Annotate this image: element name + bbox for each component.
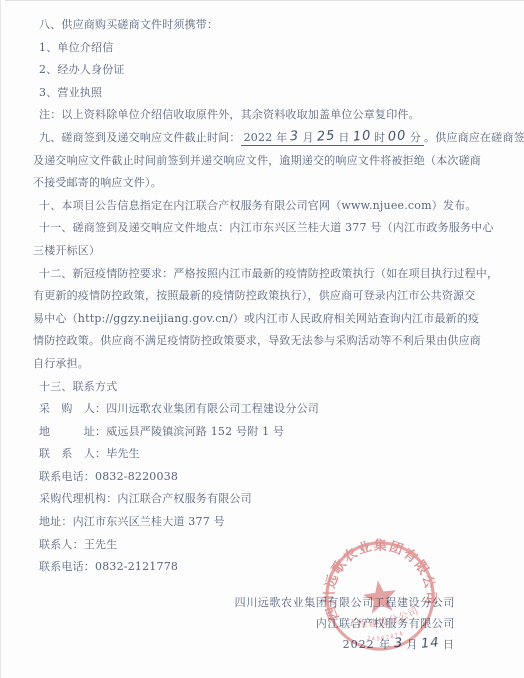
section13-heading: 十三、联系方式 [33,376,496,399]
purchaser-phone-value: 0832-8220038 [95,470,178,483]
company-seal-stamp: 四川远歌农业集团有限公司 工程建设分公司 24502874 [321,537,439,655]
seal-banner-text: 工程建设分公司 [344,604,422,634]
seal-code-digits: 24502874 [366,630,406,644]
deadline-day-handwritten: 25 [316,125,336,149]
section9-line-2: 及递交响应文件截止时间前签到并递交响应文件，逾期递交的响应文件将被拒绝（本次磋商 [33,150,496,173]
purchaser-phone-line: 联系电话：0832-8220038 [33,466,496,489]
purchaser-phone-label: 联系电话： [39,470,95,483]
agency-contact-label: 联系人： [39,538,84,551]
agency-line: 采购代理机构：内江联合产权服务有限公司 [33,488,496,511]
deadline-day-unit: 日 [338,131,349,144]
scan-artifact-top-edge [5,0,524,1]
deadline-date-underlined: 2022 年3月25日10时00分 [241,131,424,146]
purchaser-line: 采 购 人：四川远歌农业集团有限公司工程建设分公司 [33,398,496,421]
document-body: 八、供应商购买磋商文件时须携带： 1、单位介绍信 2、经办人身份证 3、营业执照… [33,14,496,579]
section8-item-3: 3、营业执照 [33,82,496,105]
purchaser-value: 四川远歌农业集团有限公司工程建设分公司 [106,402,319,415]
purchaser-contact-line: 联 系 人：毕先生 [33,443,496,466]
section10-line: 十、本项目公告信息指定在内江联合产权服务有限公司官网（www.njuee.com… [33,195,496,218]
deadline-minute-unit: 分 [410,131,421,144]
deadline-month-unit: 月 [303,131,314,144]
section8-heading: 八、供应商购买磋商文件时须携带： [33,14,496,37]
seal-company-arc-text: 四川远歌农业集团有限公司 [321,537,439,622]
deadline-minute-handwritten: 00 [387,125,407,149]
scanned-document-page: 八、供应商购买磋商文件时须携带： 1、单位介绍信 2、经办人身份证 3、营业执照… [0,0,524,678]
purchaser-address-label: 地 址： [39,425,106,438]
section8-note: 注：以上资料除单位介绍信收取原件外，其余资料收取加盖单位公章复印件。 [33,104,496,127]
purchaser-contact-label: 联 系 人： [39,447,106,460]
section12-line-1: 十二、新冠疫情防控要求：严格按照内江市最新的疫情防控政策执行（如在项目执行过程中… [33,263,496,286]
purchaser-address-line: 地 址：威远县严陵镇滨河路 152 号附 1 号 [33,421,496,444]
section8-item-1: 1、单位介绍信 [33,37,496,60]
section9-line-3: 不接受邮寄的响应文件）。 [33,172,496,195]
section11-line-2: 三楼开标区） [33,240,496,263]
agency-value: 内江联合产权服务有限公司 [117,492,251,505]
section11-line-1: 十一、磋商签到及递交响应文件地点：内江市东兴区兰桂大道 377 号（内江市政务服… [33,217,496,240]
purchaser-address-value: 威远县严陵镇滨河路 152 号附 1 号 [106,425,284,438]
section9-line1-suffix: 。供应商应在磋商签到 [424,131,524,144]
scan-artifact-left-edge [0,0,1,678]
section9-prefix: 九、磋商签到及递交响应文件截止时间： [39,131,241,144]
deadline-year: 2022 年 [244,131,288,144]
deadline-hour-handwritten: 10 [352,125,372,149]
agency-address-label: 地址： [39,515,73,528]
deadline-month-handwritten: 3 [289,126,300,149]
agency-label: 采购代理机构： [39,492,117,505]
purchaser-label: 采 购 人： [39,402,106,415]
purchaser-contact-value: 毕先生 [106,447,140,460]
section12-line-2: 有更新的疫情防控政策，按照最新的疫情防控政策执行），供应商可登录内江市公共资源交 [33,285,496,308]
section8-item-2: 2、经办人身份证 [33,59,496,82]
deadline-hour-unit: 时 [374,131,385,144]
seal-star-icon [361,578,399,614]
agency-address-line: 地址：内江市东兴区兰桂大道 377 号 [33,511,496,534]
agency-address-value: 内江市东兴区兰桂大道 377 号 [73,515,225,528]
agency-phone-label: 联系电话： [39,560,95,573]
section12-line-3: 易中心（http://ggzy.neijiang.gov.cn/）或内江市人民政… [33,308,496,331]
section12-line-4: 情防控政策。供应商不满足疫情防控政策要求，导致无法参与采购活动等不利后果由供应商 [33,330,496,353]
section9-line-1: 九、磋商签到及递交响应文件截止时间：2022 年3月25日10时00分。供应商应… [33,127,496,150]
section12-line-5: 自行承担。 [33,353,496,376]
agency-contact-value: 王先生 [84,538,118,551]
signature-date-day-unit: 日 [443,638,455,651]
agency-phone-value: 0832-2121778 [95,560,178,573]
